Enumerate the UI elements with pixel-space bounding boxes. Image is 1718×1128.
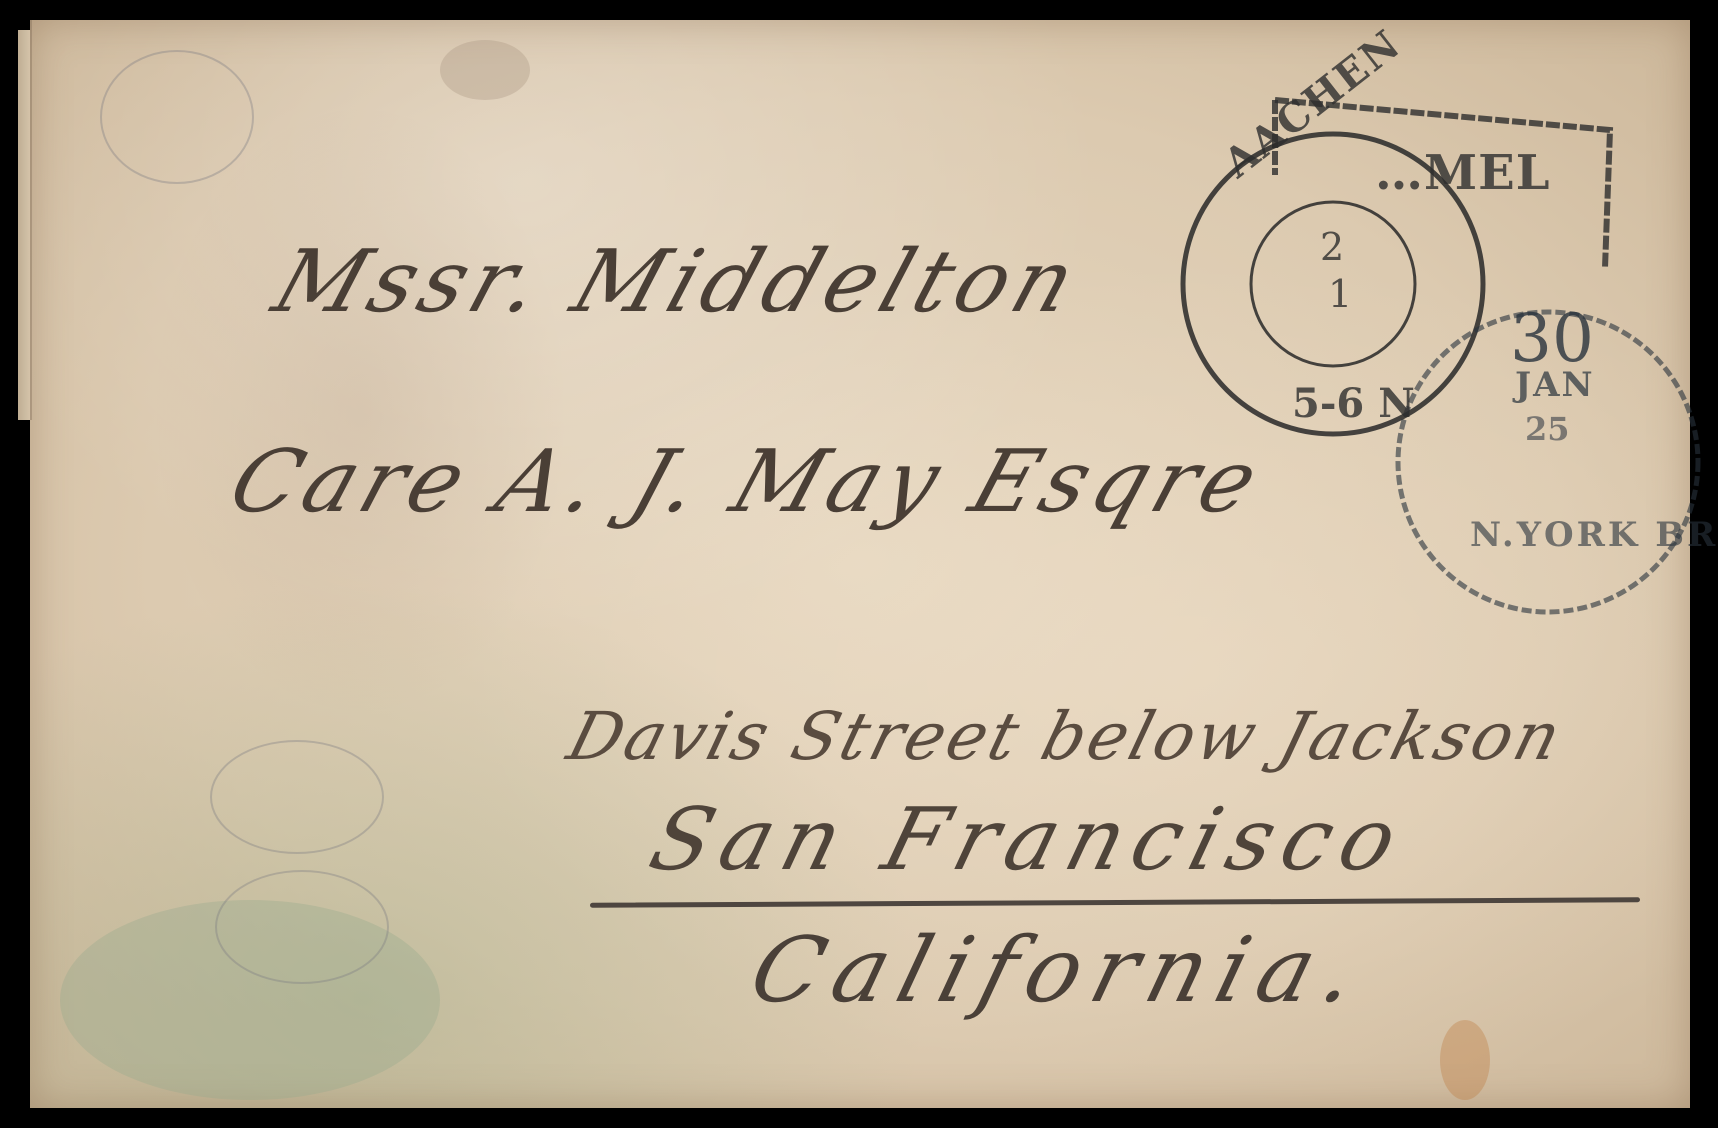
ny-bottom-text: N.YORK BR.PKT <box>1470 515 1718 555</box>
cds-time: 5-6 N <box>1292 380 1415 427</box>
address-street: Davis Street below Jackson <box>560 698 1572 775</box>
address-state: California. <box>740 918 1380 1023</box>
cover-scan: AACHEN 2 1 5-6 N …MEL 30 JAN 25 N.YORK B… <box>0 0 1718 1128</box>
boxed-handstamp-text: …MEL <box>1375 145 1550 201</box>
cds-day: 2 <box>1320 225 1344 269</box>
ny-month: JAN <box>1515 365 1595 405</box>
ny-day: 25 <box>1525 410 1570 448</box>
address-addressee: Mssr. Middelton <box>262 232 1093 332</box>
address-care-of: Care A. J. May Esqre <box>218 432 1275 532</box>
cds-month: 1 <box>1328 272 1352 316</box>
address-city: San Francisco <box>640 790 1417 890</box>
